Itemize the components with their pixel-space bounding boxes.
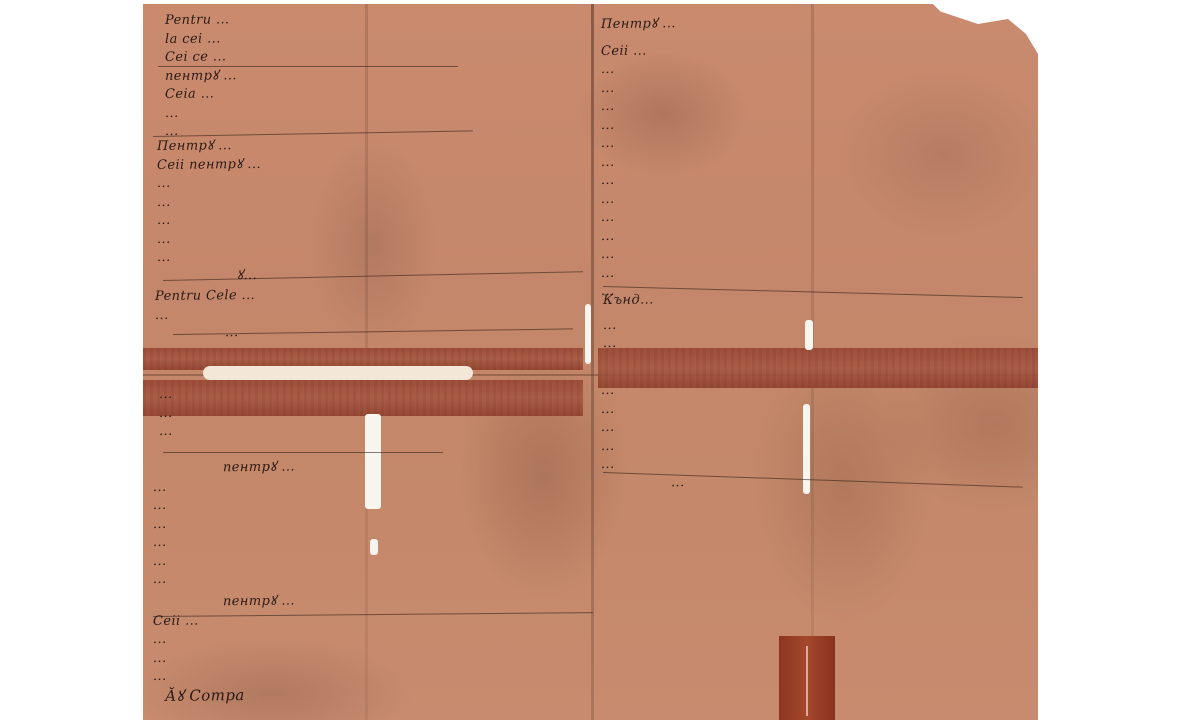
handwritten-line: ... — [601, 79, 676, 98]
tear-right-top — [805, 320, 813, 350]
handwritten-line: ꙋ... — [157, 266, 261, 286]
handwritten-line: ... — [157, 211, 261, 231]
handwritten-line: ... — [601, 97, 676, 116]
handwritten-line: ... — [601, 381, 685, 400]
handwritten-line: ... — [153, 514, 295, 534]
handwritten-line: ... — [153, 667, 295, 687]
handwritten-line: ... — [159, 386, 173, 405]
handwritten-line: ... — [601, 171, 676, 190]
handwritten-line: ... — [157, 229, 261, 249]
tear-left — [365, 414, 381, 509]
handwritten-line: ... — [153, 496, 295, 516]
handwritten-line: ... — [601, 227, 676, 246]
handwritten-line: Ceia ... — [165, 85, 237, 104]
rule-line — [163, 452, 443, 453]
tear-right — [803, 404, 810, 494]
handwritten-line: ... — [153, 570, 295, 590]
handwritten-line: ... — [601, 455, 685, 474]
handwritten-line: ... — [601, 134, 676, 153]
handwritten-line: ... — [157, 248, 261, 268]
left-page-top: Pentru ... la cei ... Cei ce ... пентрꙋ … — [165, 12, 237, 142]
handwritten-line: пентрꙋ ... — [165, 67, 237, 86]
handwritten-line: ... — [601, 474, 685, 493]
tear-left-small — [370, 539, 378, 555]
handwritten-line: ... — [153, 477, 295, 497]
handwritten-line: ... — [165, 104, 237, 123]
handwritten-line: Ceii ... — [601, 42, 676, 61]
torn-corner — [888, 4, 1038, 54]
handwritten-line: la cei ... — [165, 30, 237, 49]
handwritten-line: ... — [601, 116, 676, 135]
handwritten-line: Ceii ... — [153, 611, 295, 631]
tear-center — [585, 304, 591, 364]
handwritten-line: ... — [601, 437, 685, 456]
handwritten-line: ... — [603, 316, 654, 335]
left-page-lower: Pentru Cele ... ... ... — [155, 288, 255, 344]
handwritten-heading: пентрꙋ ... — [153, 459, 295, 479]
handwritten-line: ... — [601, 418, 685, 437]
handwritten-line: ... — [153, 648, 295, 668]
tape-strip-left-bottom — [143, 380, 583, 416]
handwritten-line: Ceii пентрꙋ ... — [157, 155, 261, 175]
handwritten-line: ... — [601, 245, 676, 264]
handwritten-line: ... — [153, 533, 295, 553]
handwritten-line: ... — [601, 400, 685, 419]
manuscript-sheet: Pentru ... la cei ... Cei ce ... пентрꙋ … — [143, 4, 1038, 720]
handwritten-line: ... — [155, 324, 255, 344]
handwritten-line: ... — [157, 192, 261, 212]
left-page-bottom-top: ... ... ... — [159, 386, 173, 442]
signature: Ӑꙋ Сотра — [153, 685, 295, 705]
right-page-middle: Кънд... ... ... — [603, 292, 654, 354]
right-page-bottom: ... ... ... ... ... ... — [601, 382, 685, 493]
handwritten-line: ... — [601, 60, 676, 79]
handwritten-line: ... — [601, 264, 676, 283]
right-page-top: Пентрꙋ ... Ceii ... ... ... ... ... ... … — [601, 16, 676, 302]
left-page-middle: Пентрꙋ ... Ceii пентрꙋ ... ... ... ... .… — [157, 138, 261, 286]
handwritten-line: ... — [153, 551, 295, 571]
handwritten-line: Pentru ... — [165, 11, 237, 30]
handwritten-heading: пентрꙋ ... — [153, 593, 295, 613]
handwritten-heading: Пентрꙋ ... — [601, 15, 676, 34]
handwritten-line: ... — [159, 404, 173, 423]
handwritten-line: ... — [159, 423, 173, 442]
left-page-final: пентрꙋ ... Ceii ... ... ... ... Ӑꙋ Сотра — [153, 594, 295, 705]
handwritten-line: ... — [601, 190, 676, 209]
handwritten-line: Cei ce ... — [165, 48, 237, 67]
tape-strip-bottom — [779, 636, 835, 720]
handwritten-line: ... — [601, 208, 676, 227]
handwritten-line: Кънд... — [603, 291, 654, 310]
handwritten-line: Пентрꙋ ... — [157, 137, 261, 157]
handwritten-line: ... — [601, 153, 676, 172]
handwritten-line: ... — [157, 174, 261, 194]
horizontal-tear — [203, 366, 473, 380]
handwritten-line: ... — [153, 630, 295, 650]
handwritten-line: ... — [155, 305, 255, 325]
left-page-bottom: пентрꙋ ... ... ... ... ... ... ... — [153, 460, 295, 590]
handwritten-line: ... — [603, 334, 654, 353]
handwritten-heading: Pentru Cele ... — [155, 287, 255, 307]
